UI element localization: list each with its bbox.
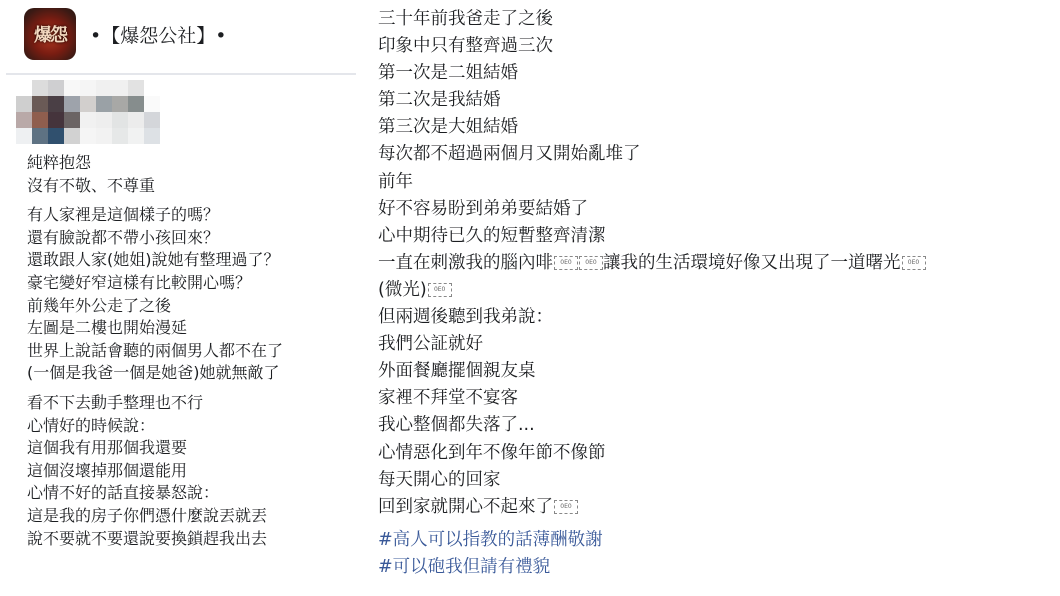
text-line: 心中期待已久的短暫整齊清潔 xyxy=(378,223,926,250)
paragraph-1: 純粹抱怨 沒有不敬、不尊重 xyxy=(27,152,283,197)
text-line: 心情惡化到年不像年節不像節 xyxy=(378,440,926,467)
text-line: 印象中只有整齊過三次 xyxy=(378,33,926,60)
text-line: 有人家裡是這個樣子的嗎？ xyxy=(27,204,283,227)
text-line: 沒有不敬、不尊重 xyxy=(27,175,283,198)
text-line: 我心整個都失落了... xyxy=(378,412,926,439)
text-line: 看不下去動手整理也不行 xyxy=(27,392,283,415)
missing-emoji-icon: 0E0 xyxy=(428,283,452,297)
text-line: 心情不好的話直接暴怒說： xyxy=(27,482,283,505)
missing-emoji-icon: 0E0 xyxy=(554,256,578,270)
text-line: 這是我的房子你們憑什麼說丟就丟 xyxy=(27,505,283,528)
left-panel: 爆怨 •【爆怨公社】• 純粹抱怨 沒有不敬、不尊重 有人家裡是這個樣子的嗎？ 還… xyxy=(0,0,362,596)
text-line: 前幾年外公走了之後 xyxy=(27,295,283,318)
paragraph-3: 看不下去動手整理也不行 心情好的時候說： 這個我有用那個我還要 這個沒壞掉那個還… xyxy=(27,392,283,550)
hashtag-link[interactable]: #可以砲我但請有禮貌 xyxy=(378,554,926,581)
missing-emoji-icon: 0E0 xyxy=(554,500,578,514)
text-line: 每次都不超過兩個月又開始亂堆了 xyxy=(378,141,926,168)
text-line: 外面餐廳擺個親友桌 xyxy=(378,358,926,385)
left-post-body: 純粹抱怨 沒有不敬、不尊重 有人家裡是這個樣子的嗎？ 還有臉說都不帶小孩回來？ … xyxy=(27,152,283,550)
text-segment: 讓我的生活環境好像又出現了一道曙光 xyxy=(603,253,901,273)
text-line: 但兩週後聽到我弟說： xyxy=(378,304,926,331)
text-line: 前年 xyxy=(378,169,926,196)
page-avatar[interactable]: 爆怨 xyxy=(24,8,76,60)
text-segment: 一直在刺激我的腦內啡 xyxy=(378,253,553,273)
text-line: 第一次是二姐結婚 xyxy=(378,60,926,87)
text-line: 一直在刺激我的腦內啡0E00E0讓我的生活環境好像又出現了一道曙光0E0 xyxy=(378,250,926,277)
right-post-body: 三十年前我爸走了之後 印象中只有整齊過三次 第一次是二姐結婚 第二次是我結婚 第… xyxy=(378,6,926,581)
text-line: 回到家就開心不起來了0E0 xyxy=(378,494,926,521)
text-line: 純粹抱怨 xyxy=(27,152,283,175)
text-segment: (微光) xyxy=(378,280,427,300)
text-line: 家裡不拜堂不宴客 xyxy=(378,385,926,412)
text-line: 這個沒壞掉那個還能用 xyxy=(27,460,283,483)
text-line: 心情好的時候說： xyxy=(27,415,283,438)
text-line: 還敢跟人家(她姐)說她有整理過了？ xyxy=(27,249,283,272)
hashtags: #高人可以指教的話薄酬敬謝 #可以砲我但請有禮貌 xyxy=(378,527,926,581)
text-line: 三十年前我爸走了之後 xyxy=(378,6,926,33)
paragraph-2: 有人家裡是這個樣子的嗎？ 還有臉說都不帶小孩回來？ 還敢跟人家(她姐)說她有整理… xyxy=(27,204,283,385)
missing-emoji-icon: 0E0 xyxy=(579,256,603,270)
text-line: 第三次是大姐結婚 xyxy=(378,114,926,141)
page-name[interactable]: •【爆怨公社】• xyxy=(90,21,226,48)
text-line: 我們公証就好 xyxy=(378,331,926,358)
hashtag-link[interactable]: #高人可以指教的話薄酬敬謝 xyxy=(378,527,926,554)
text-line: 世界上說話會聽的兩個男人都不在了 xyxy=(27,340,283,363)
text-line: 這個我有用那個我還要 xyxy=(27,437,283,460)
missing-emoji-icon: 0E0 xyxy=(902,256,926,270)
text-line: 左圖是二樓也開始漫延 xyxy=(27,317,283,340)
text-line: (一個是我爸一個是她爸)她就無敵了 xyxy=(27,362,283,385)
text-line: 說不要就不要還說要換鎖趕我出去 xyxy=(27,528,283,551)
text-line: 還有臉說都不帶小孩回來？ xyxy=(27,227,283,250)
avatar-logo: 爆怨 xyxy=(24,8,76,60)
divider xyxy=(6,73,356,75)
text-line: 好不容易盼到弟弟要結婚了 xyxy=(378,196,926,223)
censored-profile-image xyxy=(16,80,160,145)
text-segment: 回到家就開心不起來了 xyxy=(378,497,553,517)
text-line: 每天開心的回家 xyxy=(378,467,926,494)
text-line: (微光)0E0 xyxy=(378,277,926,304)
text-line: 豪宅變好窄這樣有比較開心嗎？ xyxy=(27,272,283,295)
post-header: 爆怨 •【爆怨公社】• xyxy=(24,8,226,60)
text-line: 第二次是我結婚 xyxy=(378,87,926,114)
